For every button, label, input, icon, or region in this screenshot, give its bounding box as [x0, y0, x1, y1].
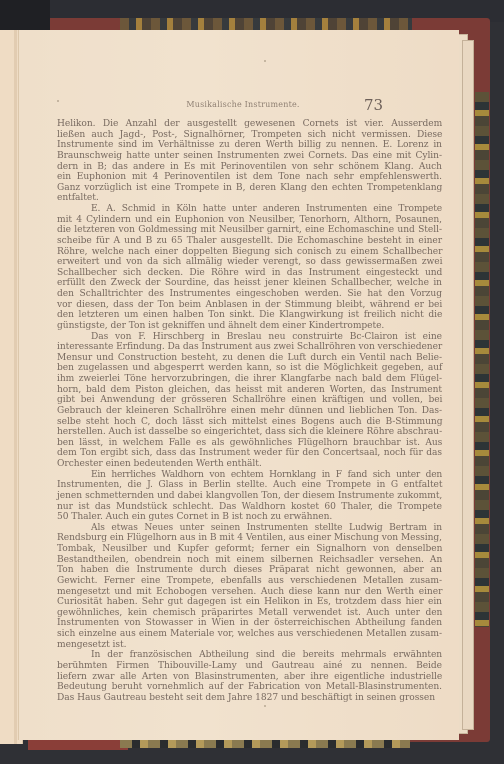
paragraph: E. A. Schmid in Köln hatte unter anderen…	[57, 204, 442, 332]
text-line: mengesetzt und mit Echobogen versehen. A…	[57, 587, 442, 598]
text-line: selbe steht hoch C, doch lässt sich mitt…	[57, 417, 442, 428]
text-line: Rendsburg ein Flügelhorn aus in B mit 4 …	[57, 533, 442, 544]
marbled-edge-bottom	[120, 740, 410, 748]
text-line: Bestandtheilen, obendrein noch mit einem…	[57, 555, 442, 566]
text-line: ließen auch Jagd-, Post-, Signalhörner, …	[57, 130, 442, 141]
text-line: günstigste, der Ton ist gekniffen und äh…	[57, 321, 442, 332]
running-head: Musikalische Instrumente.	[178, 100, 308, 109]
text-line: nur ist das Mundstück schlecht. Das Wald…	[57, 502, 442, 513]
page-number: 73	[364, 96, 383, 114]
cover-edge-bottom	[28, 740, 128, 750]
text-line: Das von F. Hirschberg in Breslau neu con…	[57, 332, 442, 343]
text-line: Curiosität haben. Sehr gut dagegen ist e…	[57, 597, 442, 608]
paper-speck	[264, 60, 266, 62]
text-line: Mensur und Construction besteht, zu dene…	[57, 353, 442, 364]
text-line: Ein herrliches Waldhorn von echtem Hornk…	[57, 470, 442, 481]
text-line: Gebrauch der kleineren Schallröhre einen…	[57, 406, 442, 417]
paragraph: Helikon. Die Anzahl der ausgestellt gewe…	[57, 119, 442, 204]
text-line: Helikon. Die Anzahl der ausgestellt gewe…	[57, 119, 442, 130]
marbled-edge-right	[475, 92, 489, 627]
text-line: ben zugelassen und abgesperrt werden kan…	[57, 363, 442, 374]
text-line: ein Euphonion mit 4 Perinoventilen ist d…	[57, 172, 442, 183]
paragraph: Ein herrliches Waldhorn von echtem Hornk…	[57, 470, 442, 523]
text-line: Instrumenten, die J. Glass in Berlin ste…	[57, 480, 442, 491]
text-line: erweitert und von da sich allmälig wiede…	[57, 257, 442, 268]
text-line: Instrumenten von Stowasser in Wien in de…	[57, 618, 442, 629]
text-line: Das Haus Gautreau besteht seit dem Jahre…	[57, 693, 442, 704]
text-line: E. A. Schmid in Köln hatte unter anderen…	[57, 204, 442, 215]
text-line: gibt bei Anwendung der grösseren Schallr…	[57, 395, 442, 406]
text-line: den Schalltrichter des Instrumentes eing…	[57, 289, 442, 300]
text-line: erfüllt den Zweck der Sourdine, das heis…	[57, 278, 442, 289]
text-line: jenen schmetternden und dabei klangvolle…	[57, 491, 442, 502]
text-line: liefern zwar alle Arten von Blasinstrume…	[57, 672, 442, 683]
paragraph: Das von F. Hirschberg in Breslau neu con…	[57, 332, 442, 470]
text-line: berühmten Firmen Thibouville-Lamy und Ga…	[57, 661, 442, 672]
text-line: Tombak, Neusilber und Kupfer geformt; fe…	[57, 544, 442, 555]
body-text: Helikon. Die Anzahl der ausgestellt gewe…	[57, 119, 442, 703]
page-gutter	[14, 30, 17, 744]
text-line: Röhre, welche nach einer doppelten Biegu…	[57, 247, 442, 258]
text-line: mengesetzt ist.	[57, 640, 442, 651]
text-line: horn, bald dem Piston gleichen, das heis…	[57, 385, 442, 396]
text-line: Ganz vorzüglich ist eine Trompete in B, …	[57, 183, 442, 194]
text-line: dern in B; das andere in Es mit Perinove…	[57, 162, 442, 173]
text-line: scheibe für A und B zu 65 Thaler ausgest…	[57, 236, 442, 247]
text-line: entfaltet.	[57, 193, 442, 204]
text-line: In der französischen Abtheilung sind die…	[57, 650, 442, 661]
text-line: Instrumente sind im Verhältnisse zu dere…	[57, 140, 442, 151]
text-line: herstellen. Auch ist dasselbe so eingeri…	[57, 427, 442, 438]
text-line: ben lässt, in welchem Falle es als gewöh…	[57, 438, 442, 449]
text-line: sich einzelne aus einem Materiale vor, w…	[57, 629, 442, 640]
text-line: Orchester einen bedeutenden Werth enthäl…	[57, 459, 442, 470]
text-line: mit 4 Cylindern und ein Euphonion von Ne…	[57, 215, 442, 226]
text-line: dem Ton ergibt sich, dass das Instrument…	[57, 448, 442, 459]
page-stack-edge	[462, 40, 474, 730]
paragraph: In der französischen Abtheilung sind die…	[57, 650, 442, 703]
paper-speck	[57, 100, 59, 102]
text-line: Bedeutung beruht vornehmlich auf der Fab…	[57, 682, 442, 693]
text-line: vor diesen, dass der Ton beim Anblasen i…	[57, 300, 442, 311]
text-line: interessante Erfindung. Da das Instrumen…	[57, 342, 442, 353]
text-line: ihm zweierlei Töne hervorzubringen, die …	[57, 374, 442, 385]
paper-speck	[264, 705, 266, 707]
text-line: Schallbecher sich decken. Die Röhre wird…	[57, 268, 442, 279]
text-line: gewöhnliches, kein chemisch präparirtes …	[57, 608, 442, 619]
text-line: Als etwas Neues unter seinen Instrumente…	[57, 523, 442, 534]
text-line: Gewicht. Ferner eine Trompete, ebenfalls…	[57, 576, 442, 587]
paragraph: Als etwas Neues unter seinen Instrumente…	[57, 523, 442, 651]
text-line: Ton haben die Instrumente durch dieses P…	[57, 565, 442, 576]
text-line: 50 Thaler. Auch ein gutes Cornet in B is…	[57, 512, 442, 523]
text-line: Braunschweig hatte unter seinen Instrume…	[57, 151, 442, 162]
text-line: die letzteren von Goldmessing mit Neusil…	[57, 225, 442, 236]
text-line: den letzteren um einen halben Ton sinkt.…	[57, 310, 442, 321]
